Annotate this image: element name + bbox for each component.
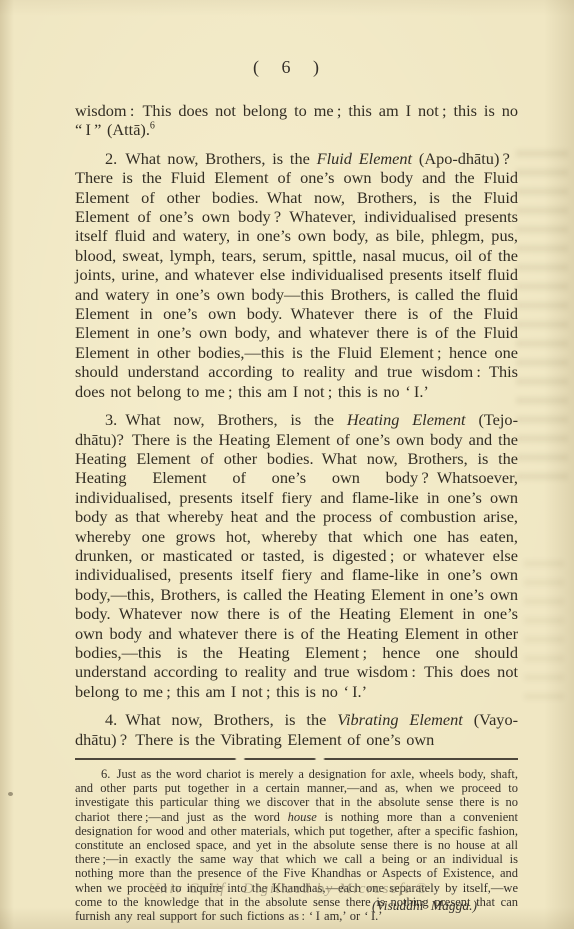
page-showthrough-ghosting bbox=[516, 150, 568, 480]
page-number: ( 6 ) bbox=[0, 57, 574, 78]
scan-watermark: Univ Calif - Digitized by Microsoft ® bbox=[148, 881, 429, 898]
paragraph-fluid-element: 2. What now, Brothers, is the Fluid Elem… bbox=[75, 149, 518, 401]
paragraph-vibrating-element: 4. What now, Brothers, is the Vibrating … bbox=[75, 710, 518, 749]
page-showthrough-ghosting bbox=[524, 560, 564, 700]
main-text: wisdom : This does not belong to me ; th… bbox=[75, 101, 518, 749]
scan-speck bbox=[8, 792, 13, 796]
book-page: ( 6 ) wisdom : This does not belong to m… bbox=[0, 0, 574, 929]
source-attribution: (Visuddhi Magga.) bbox=[372, 898, 477, 914]
paragraph-continuation: wisdom : This does not belong to me ; th… bbox=[75, 101, 518, 140]
footnote-separator bbox=[75, 758, 518, 760]
paragraph-heating-element: 3. What now, Brothers, is the Heating El… bbox=[75, 410, 518, 701]
